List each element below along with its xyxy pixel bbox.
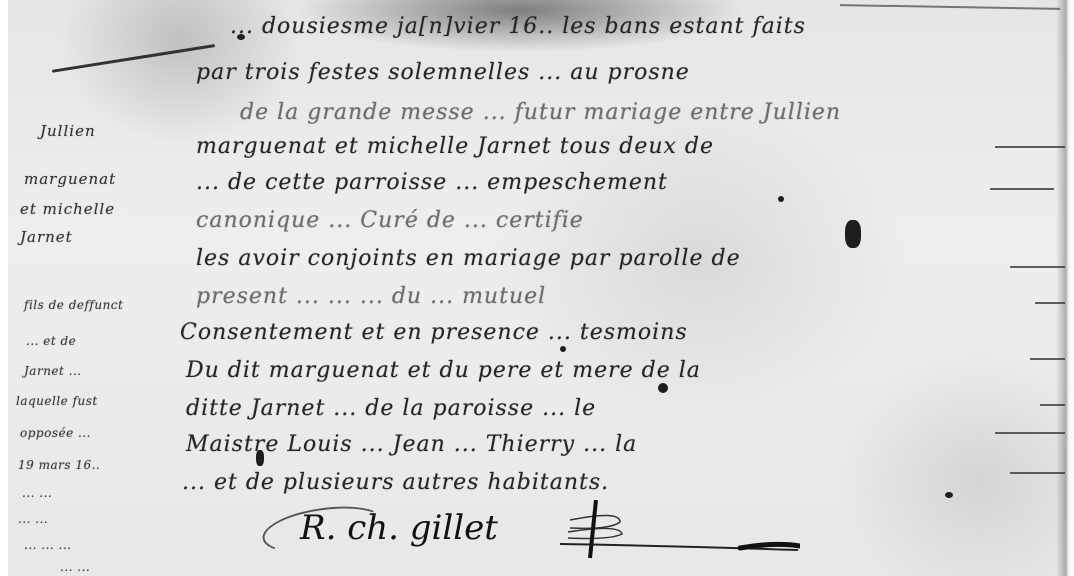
manuscript-page: ... dousiesme ja[n]vier 16.. les bans es… <box>0 0 1074 576</box>
page-right-edge <box>1056 0 1074 576</box>
margin-annotation-line-8: ... ... <box>18 512 48 526</box>
line-filler-rule <box>1010 472 1065 474</box>
margin-annotation-line-5: opposée ... <box>20 426 91 440</box>
body-line-11: ditte Jarnet ... de la paroisse ... le <box>186 396 596 421</box>
body-line-1: ... dousiesme ja[n]vier 16.. les bans es… <box>230 14 806 39</box>
margin-annotation-line-10: ... ... <box>60 560 90 574</box>
line-filler-rule <box>995 432 1065 434</box>
body-line-3: de la grande messe ... futur mariage ent… <box>240 100 841 125</box>
ink-blot <box>945 492 953 498</box>
scan-left-margin <box>0 0 8 576</box>
pen-stroke <box>52 44 215 73</box>
line-filler-rule <box>995 146 1065 148</box>
line-filler-rule <box>1010 266 1065 268</box>
body-line-4: marguenat et michelle Jarnet tous deux d… <box>196 134 714 159</box>
body-line-5: ... de cette parroisse ... empeschement <box>196 170 668 195</box>
body-line-12: Maistre Louis ... Jean ... Thierry ... l… <box>186 432 637 457</box>
margin-note-line-1: Jullien <box>40 122 96 140</box>
body-line-9: Consentement et en presence ... tesmoins <box>180 320 688 345</box>
line-filler-rule <box>1030 358 1065 360</box>
margin-annotation-line-3: Jarnet ... <box>24 364 82 378</box>
margin-note-line-2: marguenat <box>24 170 116 188</box>
ink-blot <box>658 383 668 393</box>
body-line-2: par trois festes solemnelles ... au pros… <box>196 60 690 85</box>
margin-annotation-line-7: ... ... <box>22 486 52 500</box>
line-filler-rule <box>990 188 1054 190</box>
curate-signature: R. ch. gillet <box>300 508 498 548</box>
ink-blot <box>560 346 566 352</box>
ink-blot <box>256 450 264 466</box>
margin-annotation-line-6: 19 mars 16.. <box>18 458 100 472</box>
ink-blot <box>845 220 861 248</box>
body-line-8: present ... ... ... du ... mutuel <box>196 284 546 309</box>
paraph-mark-icon <box>560 500 800 560</box>
line-filler-rule <box>1040 404 1065 406</box>
line-filler-rule <box>1035 302 1065 304</box>
body-line-10: Du dit marguenat et du pere et mere de l… <box>186 358 701 383</box>
margin-annotation-line-4: laquelle fust <box>16 394 98 408</box>
body-line-13: ... et de plusieurs autres habitants. <box>182 470 609 495</box>
margin-annotation-line-1: fils de deffunct <box>24 298 123 312</box>
margin-annotation-line-2: ... et de <box>26 334 76 348</box>
top-ruled-line <box>840 4 1060 10</box>
ink-blot <box>778 196 784 202</box>
margin-note-line-3: et michelle <box>20 200 115 218</box>
ink-blot <box>237 34 245 40</box>
body-line-6: canonique ... Curé de ... certifie <box>196 208 584 233</box>
margin-annotation-line-9: ... ... ... <box>24 538 71 552</box>
body-line-7: les avoir conjoints en mariage par parol… <box>196 246 741 271</box>
margin-note-line-4: Jarnet <box>20 228 73 246</box>
